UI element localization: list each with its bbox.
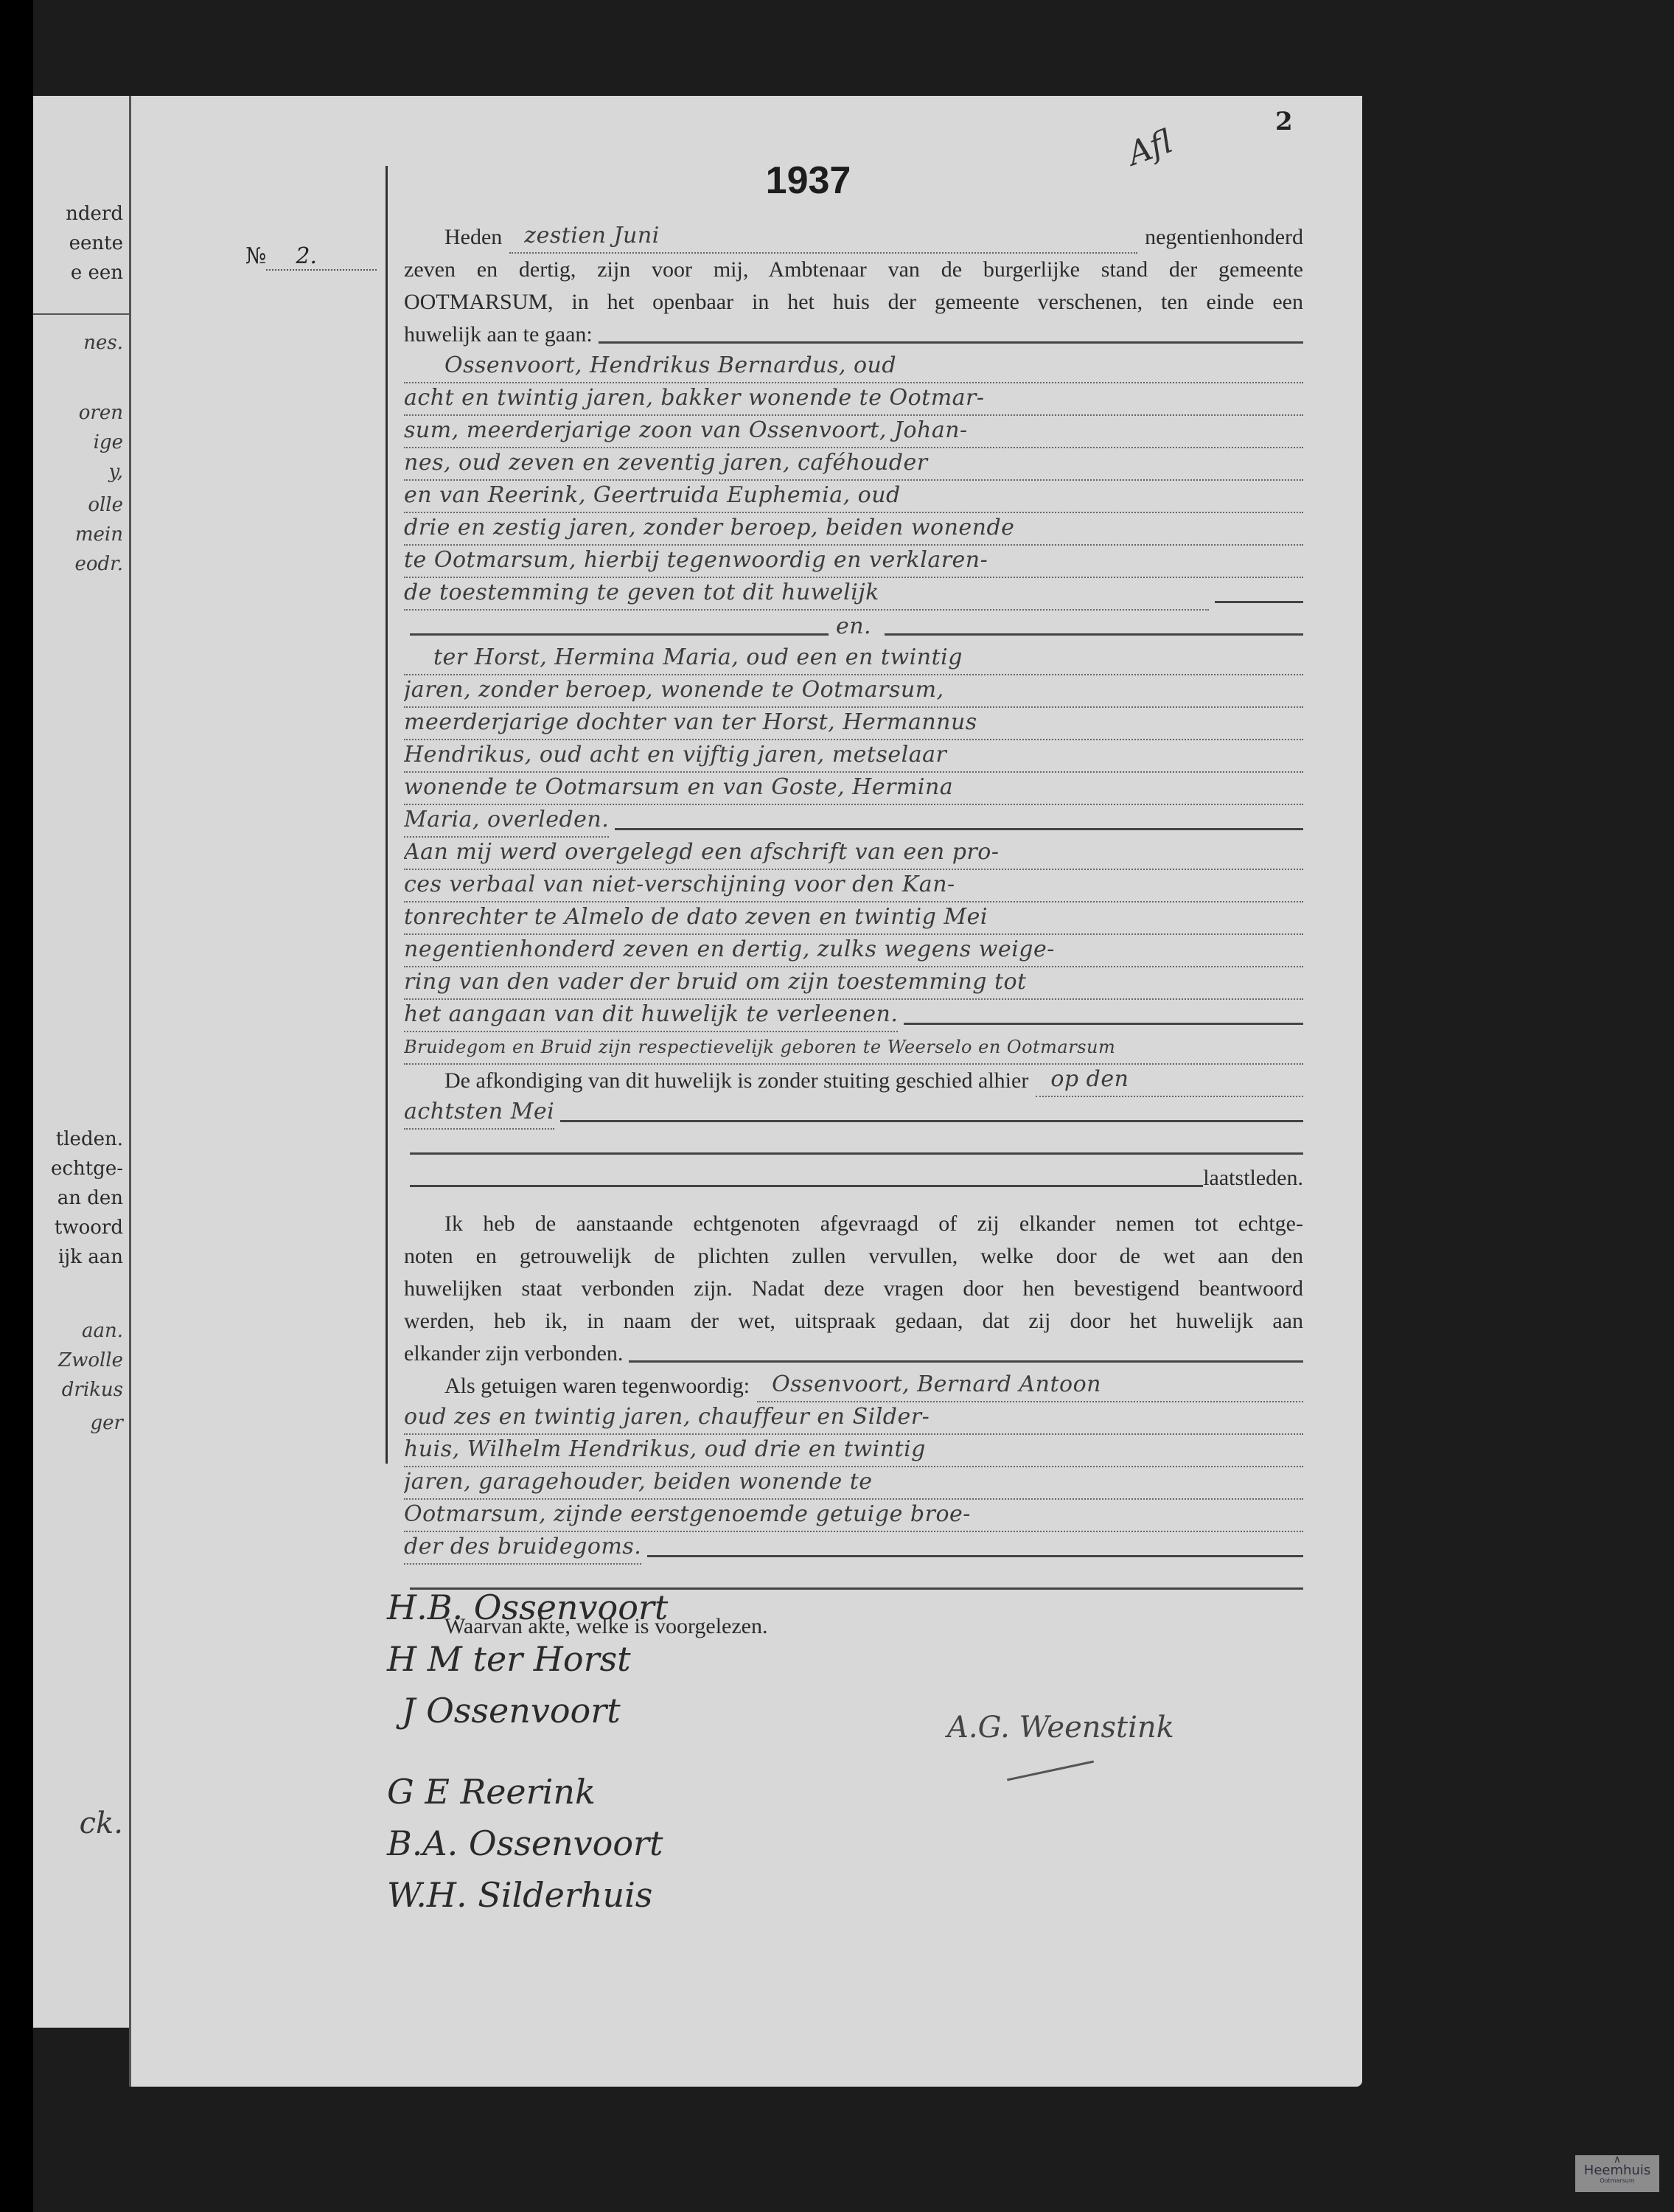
signature-witness-1: B.A. Ossenvoort xyxy=(387,1818,668,1869)
scan-black-edge xyxy=(0,0,33,2212)
fragment-text: ijk aan xyxy=(58,1246,123,1268)
groom-line: en van Reerink, Geertruida Euphemia, oud xyxy=(404,479,1303,513)
signature-groom-father: J Ossenvoort xyxy=(387,1685,668,1736)
printed-text: De afkondiging van dit huwelijk is zonde… xyxy=(444,1065,1028,1097)
party-signatures: H.B. Ossenvoort H M ter Horst J Ossenvoo… xyxy=(387,1582,668,1921)
fragment-rule xyxy=(33,313,129,315)
bride-line: meerderjarige dochter van ter Horst, Her… xyxy=(404,706,1303,740)
fill-rule xyxy=(410,1185,1203,1187)
witness-line: Ossenvoort, Bernard Antoon xyxy=(757,1368,1303,1402)
witness-line: Ootmarsum, zijnde eerstgenoemde getuige … xyxy=(404,1498,1303,1532)
signature-groom: H.B. Ossenvoort xyxy=(387,1582,668,1633)
fragment-handwriting: aan. xyxy=(82,1320,123,1342)
vows-line: huwelijken staat verbonden zijn. Nadat d… xyxy=(404,1273,1303,1305)
vows-line: werden, heb ik, in naam der wet, uitspra… xyxy=(404,1305,1303,1338)
consent-note-line: ces verbaal van niet-verschijning voor d… xyxy=(404,869,1303,902)
fragment-handwriting: oren xyxy=(79,402,123,424)
printed-text: negentienhonderd xyxy=(1145,221,1303,254)
fill-rule xyxy=(629,1360,1303,1363)
afkondiging-line: De afkondiging van dit huwelijk is zonde… xyxy=(404,1065,1303,1097)
printed-text: huwelijk aan te gaan: xyxy=(404,319,593,351)
signature-witness-2: W.H. Silderhuis xyxy=(387,1869,668,1921)
fill-rule xyxy=(904,1023,1303,1025)
printed-text: Heden xyxy=(444,221,502,254)
act-number-label: № xyxy=(245,243,266,269)
handwritten-en: en. xyxy=(829,611,879,643)
groom-line: de toestemming te geven tot dit huwelijk xyxy=(404,577,1209,611)
page-gutter-line xyxy=(129,96,131,2087)
fragment-handwriting: ige xyxy=(94,431,123,453)
witness-line: der des bruidegoms. xyxy=(404,1531,641,1565)
printed-line: OOTMARSUM, in het openbaar in het huis d… xyxy=(404,286,1303,319)
consent-note-line: het aangaan van dit huwelijk te verleene… xyxy=(404,998,898,1032)
heemhuis-logo: ∧ Heemhuis Ootmarsum xyxy=(1575,2155,1659,2192)
logo-place: Ootmarsum xyxy=(1575,2177,1659,2185)
fragment-handwriting: drikus xyxy=(62,1379,123,1401)
fragment-text: twoord xyxy=(55,1217,123,1239)
vows-line: elkander zijn verbonden. xyxy=(404,1338,1303,1370)
groom-line: acht en twintig jaren, bakker wonende te… xyxy=(404,382,1303,416)
fill-rule xyxy=(560,1120,1303,1122)
witnesses-intro: Als getuigen waren tegenwoordig: Ossenvo… xyxy=(404,1370,1303,1402)
fill-rule xyxy=(885,633,1303,636)
consent-note-line: Aan mij werd overgelegd een afschrift va… xyxy=(404,836,1303,870)
date-line: Heden zestien Juni negentienhonderd xyxy=(404,221,1303,254)
printed-text: laatstleden. xyxy=(1203,1162,1303,1194)
fill-rule xyxy=(410,633,829,636)
year-heading: 1937 xyxy=(129,159,1362,203)
handwritten-date: zestien Juni xyxy=(509,220,1137,254)
fill-rule xyxy=(615,828,1303,830)
fragment-handwriting: ck. xyxy=(80,1806,123,1840)
birthplace-line: Bruidegom en Bruid zijn respectievelijk … xyxy=(404,1031,1303,1065)
fragment-handwriting: eodr. xyxy=(74,553,123,575)
printed-line: huwelijk aan te gaan: xyxy=(404,319,1303,351)
signature-bride: H M ter Horst xyxy=(387,1633,668,1685)
fill-rule xyxy=(647,1555,1303,1557)
signature-groom-mother: G E Reerink xyxy=(387,1766,668,1818)
witness-line: oud zes en twintig jaren, chauffeur en S… xyxy=(404,1401,1303,1435)
consent-note-line: ring van den vader der bruid om zijn toe… xyxy=(404,966,1303,1000)
consent-note-line: tonrechter te Almelo de dato zeven en tw… xyxy=(404,901,1303,935)
handwritten-afkondiging-2: achtsten Mei xyxy=(404,1096,554,1130)
fragment-handwriting: Zwolle xyxy=(58,1349,123,1371)
printed-line: zeven en dertig, zijn voor mij, Ambtenaa… xyxy=(404,254,1303,286)
fragment-text: echtge- xyxy=(51,1158,123,1180)
fragment-text: an den xyxy=(57,1187,123,1209)
bride-line: Hendrikus, oud acht en vijftig jaren, me… xyxy=(404,739,1303,773)
en-line: en. xyxy=(404,611,1303,643)
bride-line: wonende te Ootmarsum en van Goste, Hermi… xyxy=(404,771,1303,805)
fill-rule xyxy=(599,341,1303,344)
act-number: №2. xyxy=(245,243,377,271)
fragment-text: tleden. xyxy=(56,1128,123,1150)
witness-line: jaren, garagehouder, beiden wonende te xyxy=(404,1466,1303,1500)
fill-rule xyxy=(1215,601,1303,603)
signature-registrar: A.G. Weenstink xyxy=(947,1711,1174,1745)
logo-name: Heemhuis xyxy=(1575,2164,1659,2177)
fill-rule xyxy=(410,1152,1303,1155)
fragment-handwriting: y, xyxy=(109,461,124,483)
printed-text: Als getuigen waren tegenwoordig: xyxy=(444,1370,750,1402)
act-number-value: 2. xyxy=(296,243,317,269)
adjacent-page-fragment: nderd eente e een nes. oren ige y, olle … xyxy=(33,96,129,2028)
handwritten-afkondiging-1: op den xyxy=(1036,1063,1303,1097)
bride-line: ter Horst, Hermina Maria, oud een en twi… xyxy=(404,641,1303,675)
certificate-page: 2 Afl №2. 1937 Heden zestien Juni negent… xyxy=(129,96,1362,2087)
page-number: 2 xyxy=(1275,107,1293,136)
groom-line: nes, oud zeven en zeventig jaren, cafého… xyxy=(404,447,1303,481)
witness-line: huis, Wilhelm Hendrikus, oud drie en twi… xyxy=(404,1433,1303,1467)
groom-line: Ossenvoort, Hendrikus Bernardus, oud xyxy=(404,349,1303,383)
fragment-handwriting: ger xyxy=(91,1412,123,1434)
vows-line: noten en getrouwelijk de plichten zullen… xyxy=(404,1240,1303,1273)
fragment-text: e een xyxy=(71,262,123,284)
consent-note-line: negentienhonderd zeven en dertig, zulks … xyxy=(404,933,1303,967)
fragment-handwriting: olle xyxy=(88,494,123,516)
printed-text: elkander zijn verbonden. xyxy=(404,1338,623,1370)
fragment-text: eente xyxy=(69,232,123,254)
groom-line: drie en zestig jaren, zonder beroep, bei… xyxy=(404,512,1303,546)
fragment-handwriting: mein xyxy=(75,524,123,546)
fragment-text: nderd xyxy=(66,203,123,225)
vows-line: Ik heb de aanstaande echtgenoten afgevra… xyxy=(404,1208,1303,1240)
groom-line: sum, meerderjarige zoon van Ossenvoort, … xyxy=(404,414,1303,448)
groom-line: te Ootmarsum, hierbij tegenwoordig en ve… xyxy=(404,544,1303,578)
fragment-handwriting: nes. xyxy=(83,332,123,354)
certificate-body: Heden zestien Juni negentienhonderd zeve… xyxy=(404,221,1303,1643)
bride-line: Maria, overleden. xyxy=(404,804,609,838)
margin-rule xyxy=(386,166,388,1464)
bride-line: jaren, zonder beroep, wonende te Ootmars… xyxy=(404,674,1303,708)
